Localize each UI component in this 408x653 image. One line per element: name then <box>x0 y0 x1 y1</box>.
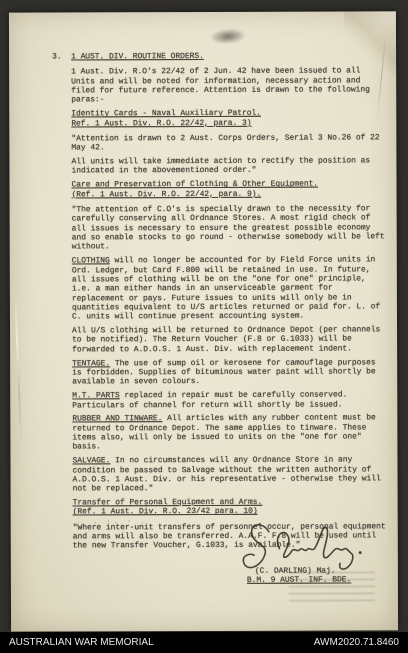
paragraph-text: The use of sump oil or kerosene for camo… <box>72 358 375 387</box>
paragraph-text: In no circumstances will any Ordnance St… <box>73 456 381 494</box>
paragraph-lead: TENTAGE. <box>72 359 110 368</box>
document-page: . ·. · . 3. 1 AUST. DIV. ROUTINE ORDERS.… <box>9 11 398 631</box>
awm-footer-bar: AUSTRALIAN WAR MEMORIAL AWM2020.71.8460 <box>0 632 408 653</box>
paragraph: "Attention is drawn to 2 Aust. Corps Ord… <box>71 133 387 153</box>
paragraph: RUBBER AND TINWARE. All articles with an… <box>72 414 388 452</box>
paragraph-lead: RUBBER AND TINWARE. <box>72 414 162 423</box>
footer-institution: AUSTRALIAN WAR MEMORIAL <box>9 637 154 648</box>
paragraph-lead: CLOTHING <box>72 257 110 266</box>
paragraph: TENTAGE. The use of sump oil or kerosene… <box>72 358 388 387</box>
section: Identity Cards - Naval Auxiliary Patrol.… <box>71 109 387 177</box>
signatory-name: (C. DARLING) Maj. <box>255 566 387 576</box>
paragraph-lead: SALVAGE. <box>72 457 110 466</box>
paragraph: CLOTHING will no longer be accounted for… <box>72 256 388 323</box>
item-number: 3. <box>52 52 62 61</box>
scan-background: . ·. · . 3. 1 AUST. DIV. ROUTINE ORDERS.… <box>0 0 408 653</box>
section: Transfer of Personal Equipment and Arms.… <box>73 497 389 551</box>
paragraph: All units will take immediate action to … <box>71 156 387 176</box>
document-title: 1 AUST. DIV. ROUTINE ORDERS. <box>71 52 204 61</box>
section-reference: (Ref. 1 Aust. Div. R.O. 22/42, para. 9). <box>72 189 388 199</box>
section: Care and Preservation of Clothing & Othe… <box>72 180 389 494</box>
paragraph: "The attention of C.O's is specially dra… <box>72 204 388 252</box>
document-heading: 3. 1 AUST. DIV. ROUTINE ORDERS. <box>71 51 387 61</box>
paragraph-text: will no longer be accounted for by Field… <box>72 256 380 322</box>
paragraph: All U/S clothing will be returned to Ord… <box>72 325 388 354</box>
paragraph: "Where inter-unit transfers of personnel… <box>73 522 389 551</box>
typed-content: 3. 1 AUST. DIV. ROUTINE ORDERS. 1 Aust. … <box>9 11 398 586</box>
paragraph-lead: M.T. PARTS <box>72 391 119 400</box>
signatory-unit: B.M. 9 AUST. INF. BDE. <box>247 576 387 586</box>
signature-block: (C. DARLING) Maj. B.M. 9 AUST. INF. BDE. <box>247 566 387 585</box>
paragraph: SALVAGE. In no circumstances will any Or… <box>72 456 388 494</box>
sections-container: Identity Cards - Naval Auxiliary Patrol.… <box>71 109 389 552</box>
intro-paragraph: 1 Aust. Div. R.O's 22/42 of 2 Jun. 42 ha… <box>71 67 387 105</box>
paragraph: M.T. PARTS replaced in repair must be ca… <box>72 391 388 411</box>
footer-accession-number: AWM2020.71.8460 <box>314 637 399 648</box>
section-reference: (Ref. 1 Aust. Div. R.O. 23/42 para. 10) <box>73 507 389 517</box>
section-reference: Ref. 1 Aust. Div. R.O. 22/42, para. 3) <box>71 118 387 128</box>
